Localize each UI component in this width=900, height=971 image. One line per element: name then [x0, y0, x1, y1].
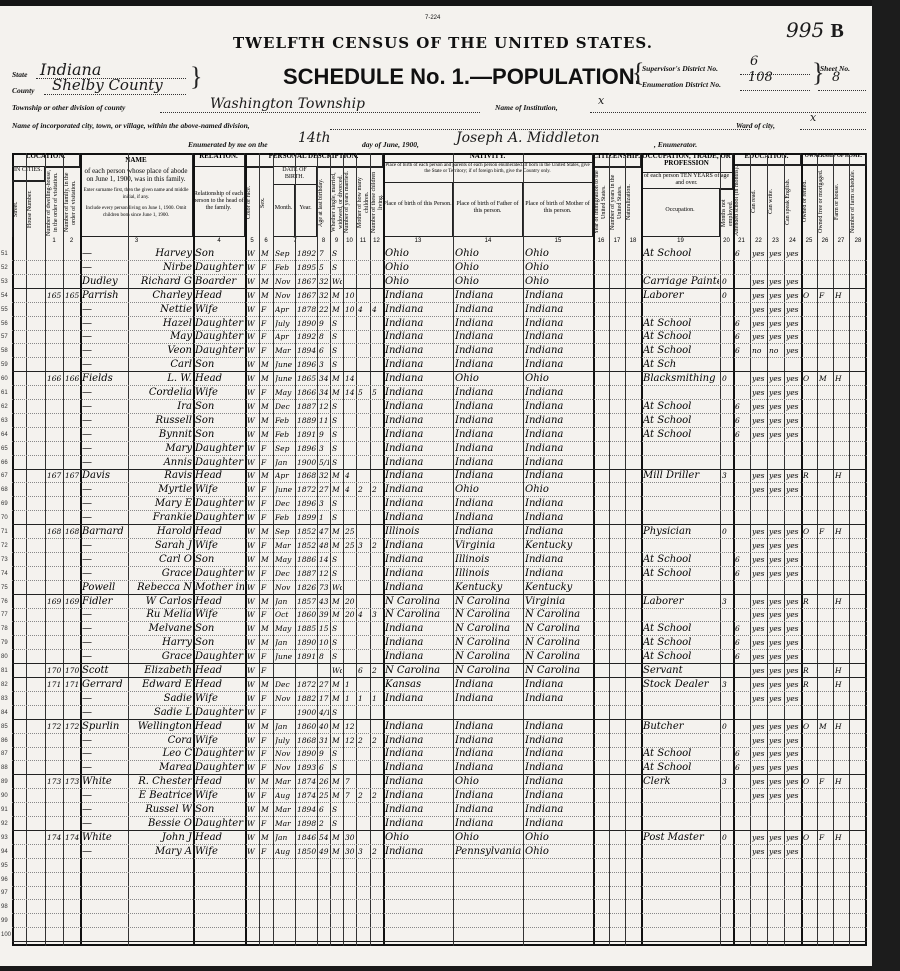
- cell-school: [735, 275, 749, 289]
- cell-unemployed: [722, 928, 732, 942]
- cell-unemployed: [722, 664, 732, 678]
- cell-occupation: At School: [643, 428, 719, 442]
- cell-farm: H: [835, 525, 848, 539]
- cell-age: [319, 900, 329, 914]
- cell-write: yes: [769, 428, 783, 442]
- cell-sex: F: [261, 845, 272, 859]
- cell-mother-of: [358, 706, 369, 720]
- cell-mother-of: 3: [358, 845, 369, 859]
- table-row: 98: [12, 900, 867, 914]
- cell-farm: H: [835, 831, 848, 845]
- cell-occupation: At School: [643, 622, 719, 636]
- cell-marital: S: [332, 317, 342, 331]
- cell-unemployed: [722, 317, 732, 331]
- table-row: 61—CordeliaWifeWFMay186634M1455IndianaIn…: [12, 386, 867, 400]
- cell-write: yes: [769, 789, 783, 803]
- cell-sex: F: [261, 317, 272, 331]
- cell-mother-birth: Kentucky: [525, 539, 592, 553]
- table-row: 89173173WhiteR. ChesterHeadWMMar187426M7…: [12, 775, 867, 789]
- cell-year: [297, 928, 316, 942]
- cell-color: W: [247, 442, 258, 456]
- cell-given: Ira: [130, 400, 192, 414]
- cell-yrs-married: [345, 511, 355, 525]
- cell-dwelling: [47, 261, 62, 275]
- cell-dwelling: 169: [47, 595, 62, 609]
- cell-surname: —: [82, 845, 127, 859]
- cell-dwelling: 167: [47, 469, 62, 483]
- cell-mother-birth: Ohio: [525, 845, 592, 859]
- cell-dwelling: 174: [47, 831, 62, 845]
- cell-school: 6: [735, 344, 749, 358]
- line-number: 66: [1, 460, 8, 466]
- cell-english: yes: [786, 734, 800, 748]
- cell-dwelling: 172: [47, 720, 62, 734]
- cell-read: no: [752, 344, 766, 358]
- cell-age: 1: [319, 511, 329, 525]
- cell-month: Jan: [275, 636, 294, 650]
- cell-month: June: [275, 483, 294, 497]
- cell-birth: Indiana: [385, 553, 452, 567]
- cell-family: [65, 497, 79, 511]
- cell-unemployed: 0: [722, 289, 732, 303]
- table-row: 93174174WhiteJohn JHeadWMJan184654M30Ohi…: [12, 831, 867, 845]
- cell-given: Ravis: [130, 469, 192, 483]
- cell-mother-birth: N Carolina: [525, 636, 592, 650]
- cell-birth: Indiana: [385, 303, 452, 317]
- cell-dwelling: [47, 900, 62, 914]
- cell-year: 1826: [297, 581, 316, 595]
- cell-month: Jan: [275, 595, 294, 609]
- line-number: 56: [1, 321, 8, 327]
- cell-surname: Spurlin: [82, 720, 127, 734]
- cell-occupation: At School: [643, 247, 719, 261]
- header-personal-description: PERSONAL DESCRIPTION.: [245, 153, 383, 167]
- cell-family: [65, 581, 79, 595]
- cell-farm: [835, 456, 848, 470]
- cell-mother-of: [358, 595, 369, 609]
- column-number: 5: [245, 238, 259, 244]
- cell-school: [735, 831, 749, 845]
- cell-birth: Indiana: [385, 497, 452, 511]
- cell-yrs-married: 4: [345, 483, 355, 497]
- cell-birth: Ohio: [385, 247, 452, 261]
- column-number: 19: [641, 238, 720, 244]
- cell-month: Oct: [275, 608, 294, 622]
- cell-age: 73: [319, 581, 329, 595]
- cell-write: yes: [769, 845, 783, 859]
- cell-age: 32: [319, 289, 329, 303]
- cell-mother-of: [358, 859, 369, 873]
- cell-occupation: [643, 442, 719, 456]
- table-row: 75PowellRebecca NMother in lawWFNov18267…: [12, 581, 867, 595]
- cell-write: yes: [769, 400, 783, 414]
- header-street: Street.: [12, 181, 26, 237]
- cell-father-birth: Indiana: [455, 469, 522, 483]
- table-row: 73—Carl OSonWMMay188614SIndianaIllinoisI…: [12, 553, 867, 567]
- cell-birth: Indiana: [385, 734, 452, 748]
- cell-mother-birth: Ohio: [525, 247, 592, 261]
- cell-unemployed: [722, 622, 732, 636]
- cell-year: 1891: [297, 428, 316, 442]
- cell-surname: Scott: [82, 664, 127, 678]
- cell-given: Charley: [130, 289, 192, 303]
- cell-relation: Wife: [195, 845, 244, 859]
- cell-school: [735, 775, 749, 789]
- cell-english: [786, 442, 800, 456]
- cell-color: W: [247, 386, 258, 400]
- cell-surname: —: [82, 414, 127, 428]
- cell-read: yes: [752, 789, 766, 803]
- cell-marital: S: [332, 247, 342, 261]
- cell-farm: [835, 247, 848, 261]
- cell-age: 34: [319, 386, 329, 400]
- line-number: 95: [1, 863, 8, 869]
- cell-year: 1896: [297, 358, 316, 372]
- cell-surname: [82, 928, 127, 942]
- cell-sex: M: [261, 595, 272, 609]
- cell-mother-of: [358, 247, 369, 261]
- line-number: 69: [1, 501, 8, 507]
- cell-read: [752, 456, 766, 470]
- cell-sex: M: [261, 678, 272, 692]
- cell-relation: Son: [195, 358, 244, 372]
- cell-mortgage: [819, 734, 832, 748]
- cell-yrs-married: [345, 442, 355, 456]
- cell-surname: —: [82, 817, 127, 831]
- cell-living: [372, 261, 382, 275]
- cell-occupation: At School: [643, 330, 719, 344]
- cell-family: [65, 539, 79, 553]
- cell-read: yes: [752, 386, 766, 400]
- cell-age: 27: [319, 678, 329, 692]
- cell-occupation: At School: [643, 567, 719, 581]
- line-number: 71: [1, 529, 8, 535]
- cell-color: W: [247, 414, 258, 428]
- cell-age: [319, 928, 329, 942]
- cell-english: yes: [786, 317, 800, 331]
- cell-family: [65, 567, 79, 581]
- cell-dwelling: 165: [47, 289, 62, 303]
- cell-farm: [835, 817, 848, 831]
- table-row: 63—RussellSonWMFeb188911SIndianaIndianaI…: [12, 414, 867, 428]
- cell-age: 8: [319, 330, 329, 344]
- cell-age: 22: [319, 303, 329, 317]
- cell-marital: M: [332, 483, 342, 497]
- cell-school: 6: [735, 636, 749, 650]
- header-can-write: Can write.: [767, 165, 784, 237]
- enumerator-label: , Enumerator.: [654, 140, 697, 149]
- cell-age: 48: [319, 539, 329, 553]
- cell-unemployed: [722, 456, 732, 470]
- cell-mother-of: 6: [358, 664, 369, 678]
- cell-relation: Boarder: [195, 275, 244, 289]
- cell-father-birth: Ohio: [455, 483, 522, 497]
- cell-read: yes: [752, 275, 766, 289]
- cell-year: [297, 664, 316, 678]
- cell-living: [372, 456, 382, 470]
- cell-english: yes: [786, 303, 800, 317]
- cell-family: [65, 636, 79, 650]
- cell-school: 6: [735, 747, 749, 761]
- cell-marital: M: [332, 289, 342, 303]
- cell-month: Nov: [275, 761, 294, 775]
- cell-mother-of: [358, 428, 369, 442]
- cell-english: yes: [786, 372, 800, 386]
- cell-unemployed: [722, 483, 732, 497]
- cell-yrs-married: [345, 581, 355, 595]
- cell-given: Bessie O: [130, 817, 192, 831]
- cell-write: [769, 511, 783, 525]
- cell-unemployed: 0: [722, 275, 732, 289]
- cell-given: Elizabeth: [130, 664, 192, 678]
- cell-occupation: [643, 497, 719, 511]
- cell-dwelling: [47, 747, 62, 761]
- city-label: Name of incorporated city, town, or vill…: [12, 121, 250, 130]
- cell-living: [372, 344, 382, 358]
- cell-living: [372, 330, 382, 344]
- cell-farm: [835, 622, 848, 636]
- cell-occupation: At School: [643, 400, 719, 414]
- cell-occupation: [643, 456, 719, 470]
- township-label: Township or other division of county: [12, 103, 125, 112]
- cell-color: W: [247, 636, 258, 650]
- cell-father-birth: N Carolina: [455, 595, 522, 609]
- cell-read: [752, 497, 766, 511]
- cell-surname: —: [82, 553, 127, 567]
- cell-family: 165: [65, 289, 79, 303]
- cell-school: [735, 928, 749, 942]
- cell-sex: M: [261, 553, 272, 567]
- cell-dwelling: [47, 400, 62, 414]
- cell-owned: O: [803, 525, 816, 539]
- line-number: 96: [1, 877, 8, 883]
- cell-year: 1892: [297, 330, 316, 344]
- cell-yrs-married: 10: [345, 303, 355, 317]
- cell-occupation: [643, 928, 719, 942]
- cell-family: 170: [65, 664, 79, 678]
- cell-mortgage: [819, 622, 832, 636]
- cell-color: W: [247, 344, 258, 358]
- cell-given: [130, 886, 192, 900]
- cell-read: [752, 886, 766, 900]
- cell-month: Apr: [275, 469, 294, 483]
- cell-english: [786, 817, 800, 831]
- cell-family: [65, 845, 79, 859]
- cell-write: yes: [769, 608, 783, 622]
- cell-marital: S: [332, 400, 342, 414]
- cell-birth: Indiana: [385, 414, 452, 428]
- cell-living: 2: [372, 664, 382, 678]
- cell-mortgage: [819, 275, 832, 289]
- cell-unemployed: [722, 386, 732, 400]
- cell-year: 1891: [297, 650, 316, 664]
- cell-owned: [803, 886, 816, 900]
- cell-english: yes: [786, 386, 800, 400]
- cell-family: [65, 747, 79, 761]
- cell-family: [65, 803, 79, 817]
- cell-mother-birth: Indiana: [525, 803, 592, 817]
- cell-occupation: Blacksmithing: [643, 372, 719, 386]
- cell-year: 1887: [297, 567, 316, 581]
- cell-color: W: [247, 525, 258, 539]
- cell-mortgage: [819, 567, 832, 581]
- cell-living: [372, 622, 382, 636]
- cell-father-birth: [455, 859, 522, 873]
- cell-age: 26: [319, 775, 329, 789]
- cell-marital: M: [332, 525, 342, 539]
- cell-school: [735, 706, 749, 720]
- cell-month: [275, 928, 294, 942]
- cell-mother-of: [358, 330, 369, 344]
- cell-english: [786, 886, 800, 900]
- cell-dwelling: [47, 358, 62, 372]
- cell-mother-of: 5: [358, 386, 369, 400]
- cell-mother-of: [358, 720, 369, 734]
- cell-family: [65, 650, 79, 664]
- cell-dwelling: [47, 636, 62, 650]
- cell-farm: [835, 275, 848, 289]
- cell-month: July: [275, 734, 294, 748]
- cell-mortgage: [819, 428, 832, 442]
- cell-english: yes: [786, 789, 800, 803]
- cell-age: 2: [319, 817, 329, 831]
- cell-occupation: [643, 859, 719, 873]
- cell-family: 166: [65, 372, 79, 386]
- cell-write: yes: [769, 761, 783, 775]
- cell-birth: Indiana: [385, 456, 452, 470]
- cell-mother-of: [358, 567, 369, 581]
- cell-age: 3: [319, 442, 329, 456]
- header-ownership: OWNERSHIP OF HOME.: [801, 153, 867, 165]
- cell-month: May: [275, 386, 294, 400]
- cell-given: [130, 873, 192, 887]
- table-row: 83—SadieWifeWFNov188217M111IndianaIndian…: [12, 692, 867, 706]
- cell-sex: M: [261, 247, 272, 261]
- line-number: 81: [1, 668, 8, 674]
- cell-father-birth: [455, 928, 522, 942]
- cell-age: 7: [319, 247, 329, 261]
- cell-surname: —: [82, 511, 127, 525]
- cell-unemployed: [722, 789, 732, 803]
- cell-mortgage: [819, 414, 832, 428]
- cell-school: [735, 803, 749, 817]
- cell-farm: [835, 442, 848, 456]
- cell-occupation: [643, 386, 719, 400]
- cell-sex: M: [261, 372, 272, 386]
- stamp-number: 995: [786, 18, 824, 42]
- table-row: 54165165ParrishCharleyHeadWMNov186732M10…: [12, 289, 867, 303]
- cell-surname: —: [82, 497, 127, 511]
- cell-yrs-married: 14: [345, 386, 355, 400]
- column-number: 22: [750, 238, 767, 244]
- cell-relation: Wife: [195, 483, 244, 497]
- cell-year: 1846: [297, 831, 316, 845]
- cell-unemployed: [722, 650, 732, 664]
- column-number: 23: [767, 238, 784, 244]
- header-birth-father: Place of birth of Father of this person.: [453, 183, 523, 237]
- cell-relation: Mother in law: [195, 581, 244, 595]
- cell-school: [735, 469, 749, 483]
- line-number: 68: [1, 487, 8, 493]
- cell-farm: [835, 761, 848, 775]
- cell-yrs-married: 30: [345, 831, 355, 845]
- cell-english: yes: [786, 428, 800, 442]
- cell-family: [65, 400, 79, 414]
- cell-school: 6: [735, 330, 749, 344]
- cell-read: yes: [752, 372, 766, 386]
- cell-mother-of: [358, 400, 369, 414]
- cell-school: [735, 873, 749, 887]
- cell-school: [735, 525, 749, 539]
- cell-month: July: [275, 317, 294, 331]
- cell-read: [752, 261, 766, 275]
- cell-family: [65, 483, 79, 497]
- cell-marital: S: [332, 636, 342, 650]
- line-number: 91: [1, 807, 8, 813]
- cell-family: [65, 456, 79, 470]
- cell-living: [372, 511, 382, 525]
- cell-school: 6: [735, 247, 749, 261]
- cell-farm: H: [835, 775, 848, 789]
- cell-owned: [803, 483, 816, 497]
- cell-given: Leo C: [130, 747, 192, 761]
- cell-mother-of: [358, 553, 369, 567]
- cell-mortgage: [819, 303, 832, 317]
- cell-sex: F: [261, 706, 272, 720]
- cell-dwelling: [47, 734, 62, 748]
- cell-year: [297, 873, 316, 887]
- cell-school: [735, 483, 749, 497]
- cell-read: [752, 817, 766, 831]
- cell-farm: [835, 581, 848, 595]
- cell-read: yes: [752, 692, 766, 706]
- cell-sex: M: [261, 831, 272, 845]
- cell-father-birth: Indiana: [455, 289, 522, 303]
- cell-mother-birth: [525, 914, 592, 928]
- cell-relation: Head: [195, 678, 244, 692]
- cell-living: [372, 900, 382, 914]
- form-code: 7-224: [425, 15, 440, 21]
- cell-mortgage: [819, 650, 832, 664]
- cell-father-birth: [455, 886, 522, 900]
- cell-color: W: [247, 456, 258, 470]
- cell-birth: Indiana: [385, 442, 452, 456]
- cell-year: 1857: [297, 595, 316, 609]
- cell-color: W: [247, 789, 258, 803]
- cell-surname: Dudley: [82, 275, 127, 289]
- line-number: 60: [1, 376, 8, 382]
- cell-birth: Indiana: [385, 428, 452, 442]
- cell-unemployed: [722, 859, 732, 873]
- cell-marital: S: [332, 706, 342, 720]
- cell-english: yes: [786, 664, 800, 678]
- cell-relation: Son: [195, 414, 244, 428]
- cell-marital: M: [332, 539, 342, 553]
- cell-color: W: [247, 261, 258, 275]
- cell-year: 1894: [297, 803, 316, 817]
- cell-color: W: [247, 275, 258, 289]
- cell-birth: Indiana: [385, 330, 452, 344]
- cell-mother-birth: Indiana: [525, 344, 592, 358]
- cell-school: [735, 372, 749, 386]
- cell-mother-of: 2: [358, 789, 369, 803]
- cell-unemployed: 3: [722, 678, 732, 692]
- cell-yrs-married: [345, 803, 355, 817]
- cell-owned: [803, 873, 816, 887]
- cell-mother-of: [358, 275, 369, 289]
- cell-farm: [835, 636, 848, 650]
- cell-dwelling: [47, 330, 62, 344]
